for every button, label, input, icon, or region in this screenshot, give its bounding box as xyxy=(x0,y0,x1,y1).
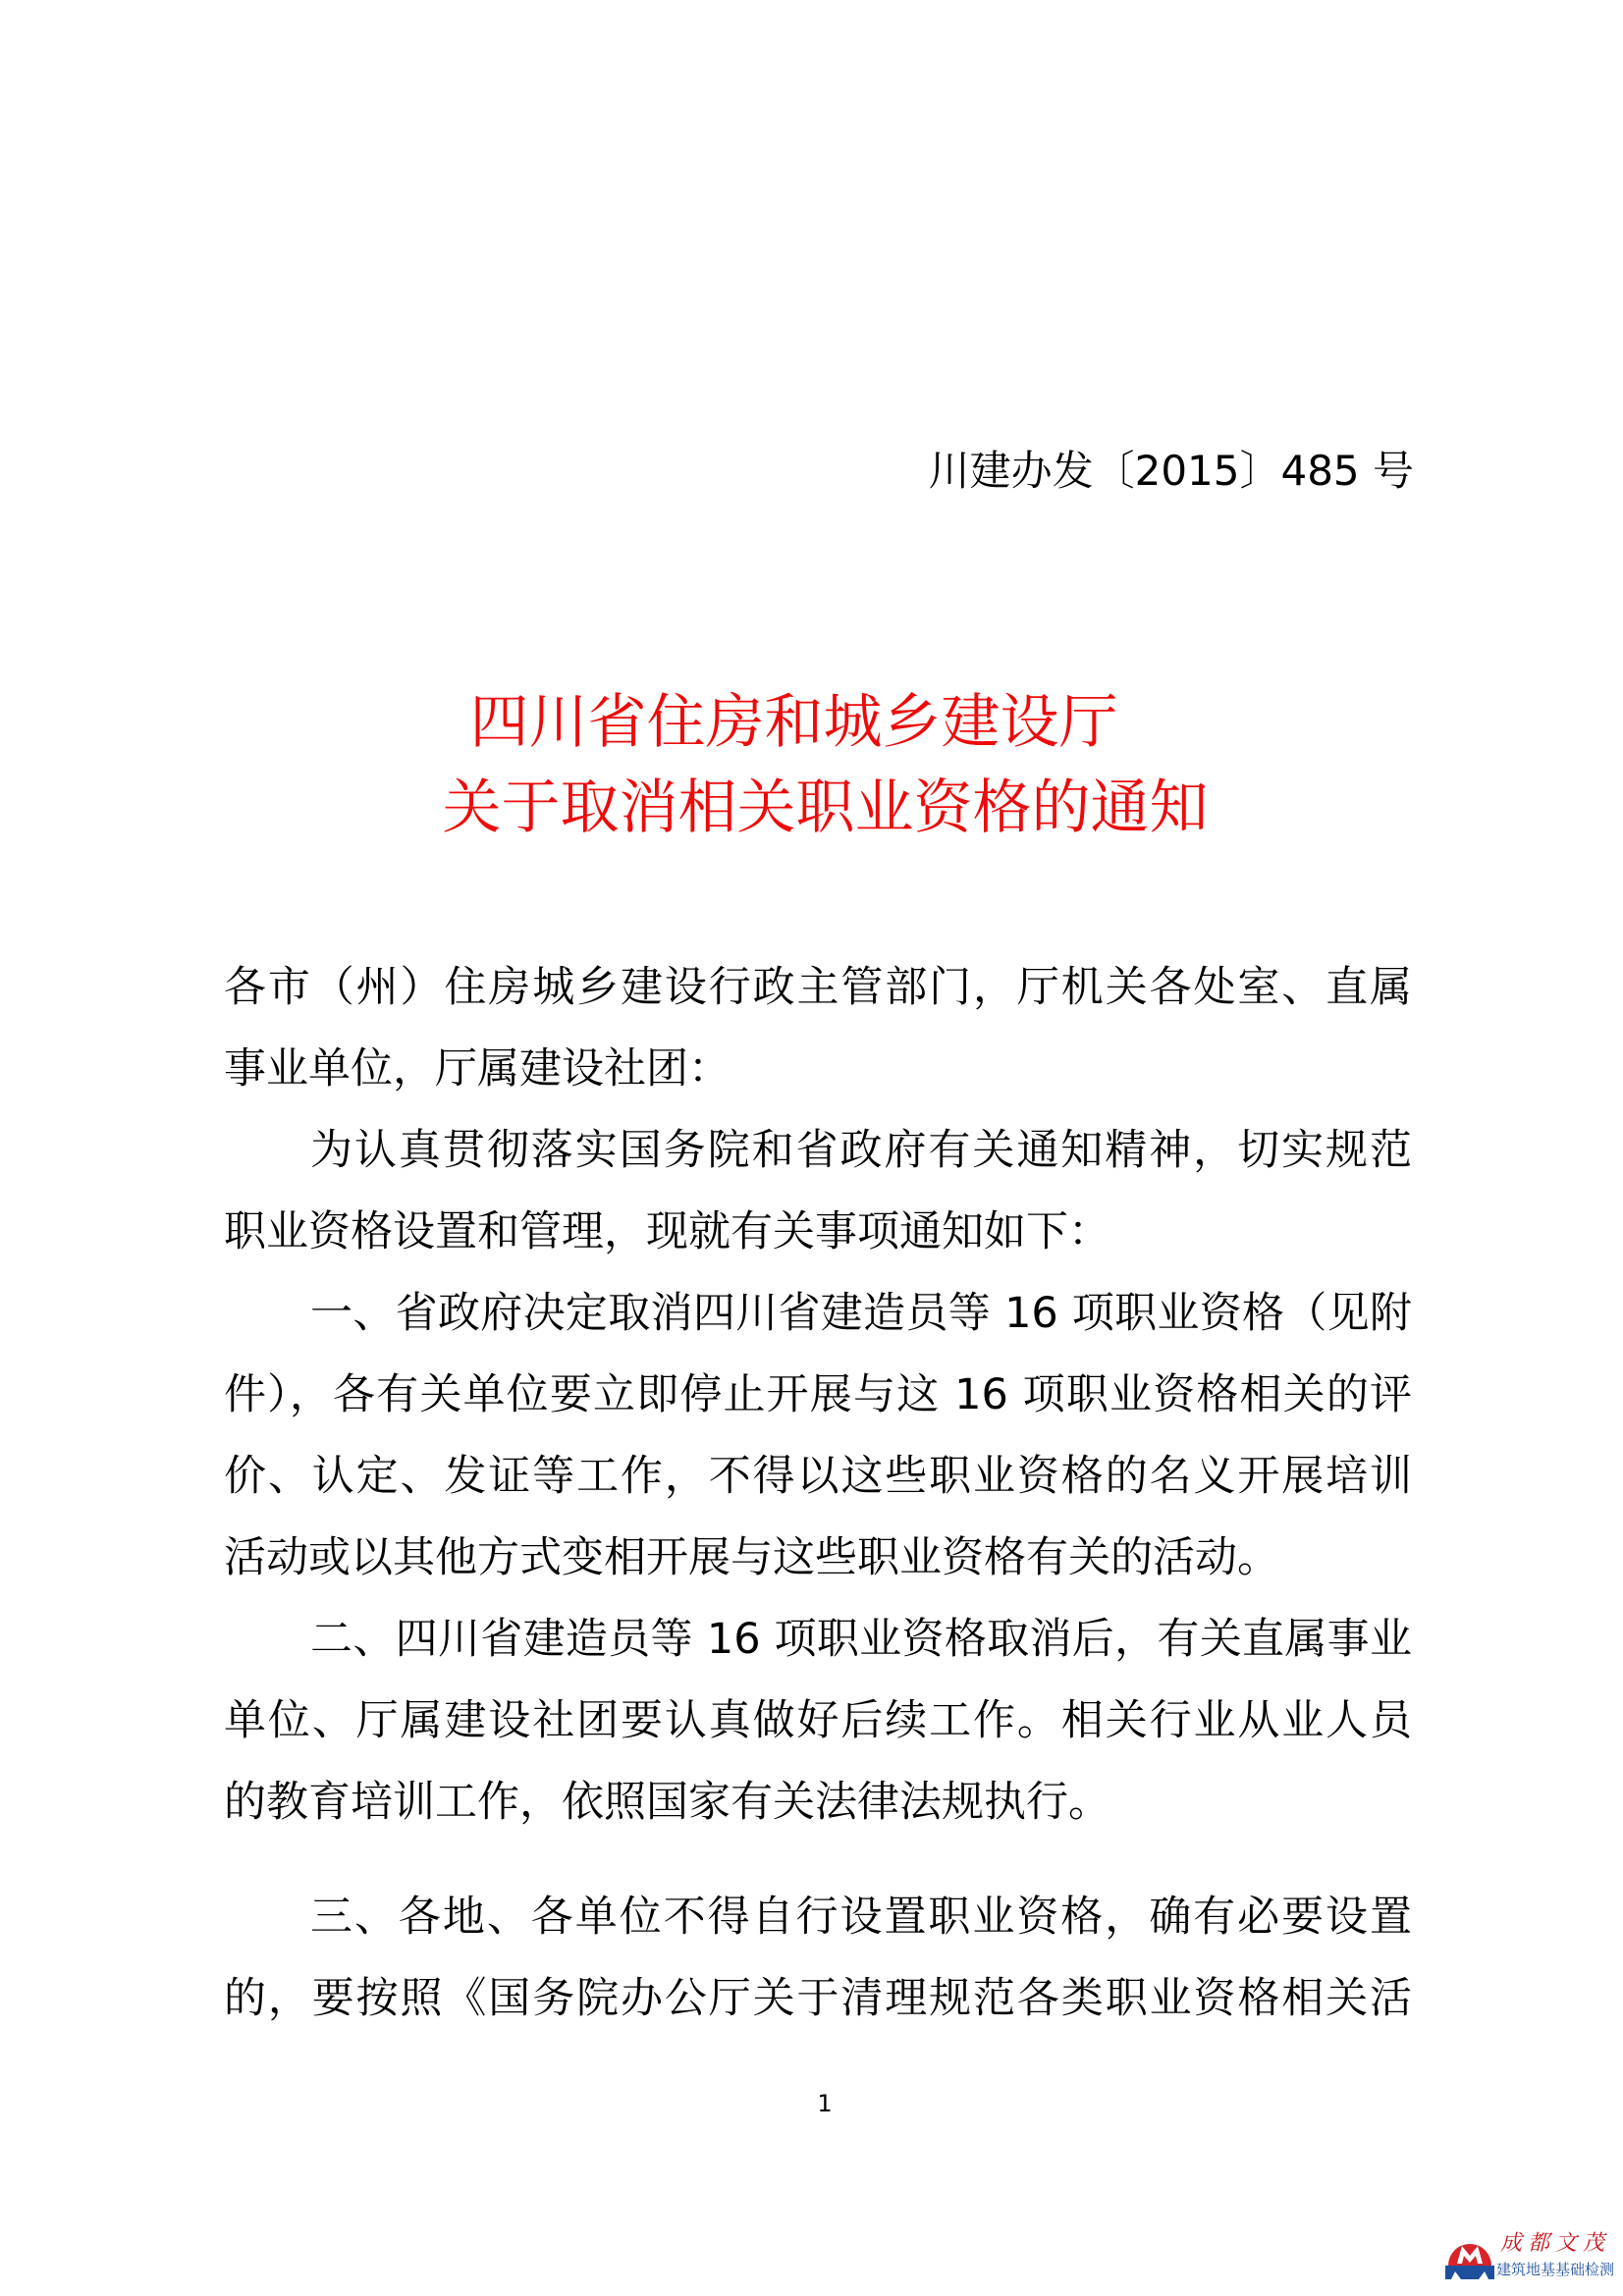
body-line: 单位、厅属建设社团要认真做好后续工作。相关行业从业人员 xyxy=(224,1691,1412,1750)
body-line: 各市（州）住房城乡建设行政主管部门，厅机关各处室、直属 xyxy=(224,958,1412,1017)
body-line: 三、各地、各单位不得自行设置职业资格，确有必要设置 xyxy=(310,1888,1412,1947)
watermark-logo: 成都文茂 建筑地基基础检测 xyxy=(1445,2230,1622,2287)
logo-company-name: 成都文茂 xyxy=(1500,2230,1610,2258)
company-logo-icon xyxy=(1445,2232,1494,2281)
document-number: 川建办发〔2015〕485 号 xyxy=(923,444,1414,499)
document-page: 川建办发〔2015〕485 号 四川省住房和城乡建设厅 关于取消相关职业资格的通… xyxy=(0,0,1623,2296)
body-line: 的，要按照《国务院办公厅关于清理规范各类职业资格相关活 xyxy=(224,1969,1412,2028)
body-line: 件），各有关单位要立即停止开展与这 16 项职业资格相关的评 xyxy=(224,1365,1412,1424)
document-title-line-2: 关于取消相关职业资格的通知 xyxy=(14,773,1623,843)
body-line: 的教育培训工作，依照国家有关法律法规执行。 xyxy=(224,1773,1412,1832)
document-title-line-1: 四川省住房和城乡建设厅 xyxy=(0,687,1605,758)
page-number: 1 xyxy=(805,2089,844,2118)
body-line: 一、省政府决定取消四川省建造员等 16 项职业资格（见附 xyxy=(310,1284,1412,1343)
body-line: 为认真贯彻落实国务院和省政府有关通知精神，切实规范 xyxy=(310,1121,1412,1180)
logo-company-subtitle: 建筑地基基础检测 xyxy=(1496,2260,1614,2279)
body-line: 价、认定、发证等工作，不得以这些职业资格的名义开展培训 xyxy=(224,1447,1412,1506)
body-line: 活动或以其他方式变相开展与这些职业资格有关的活动。 xyxy=(224,1528,1412,1587)
body-line: 二、四川省建造员等 16 项职业资格取消后，有关直属事业 xyxy=(310,1610,1412,1669)
body-line: 事业单位，厅属建设社团： xyxy=(224,1040,1412,1098)
body-line: 职业资格设置和管理，现就有关事项通知如下： xyxy=(224,1202,1412,1261)
